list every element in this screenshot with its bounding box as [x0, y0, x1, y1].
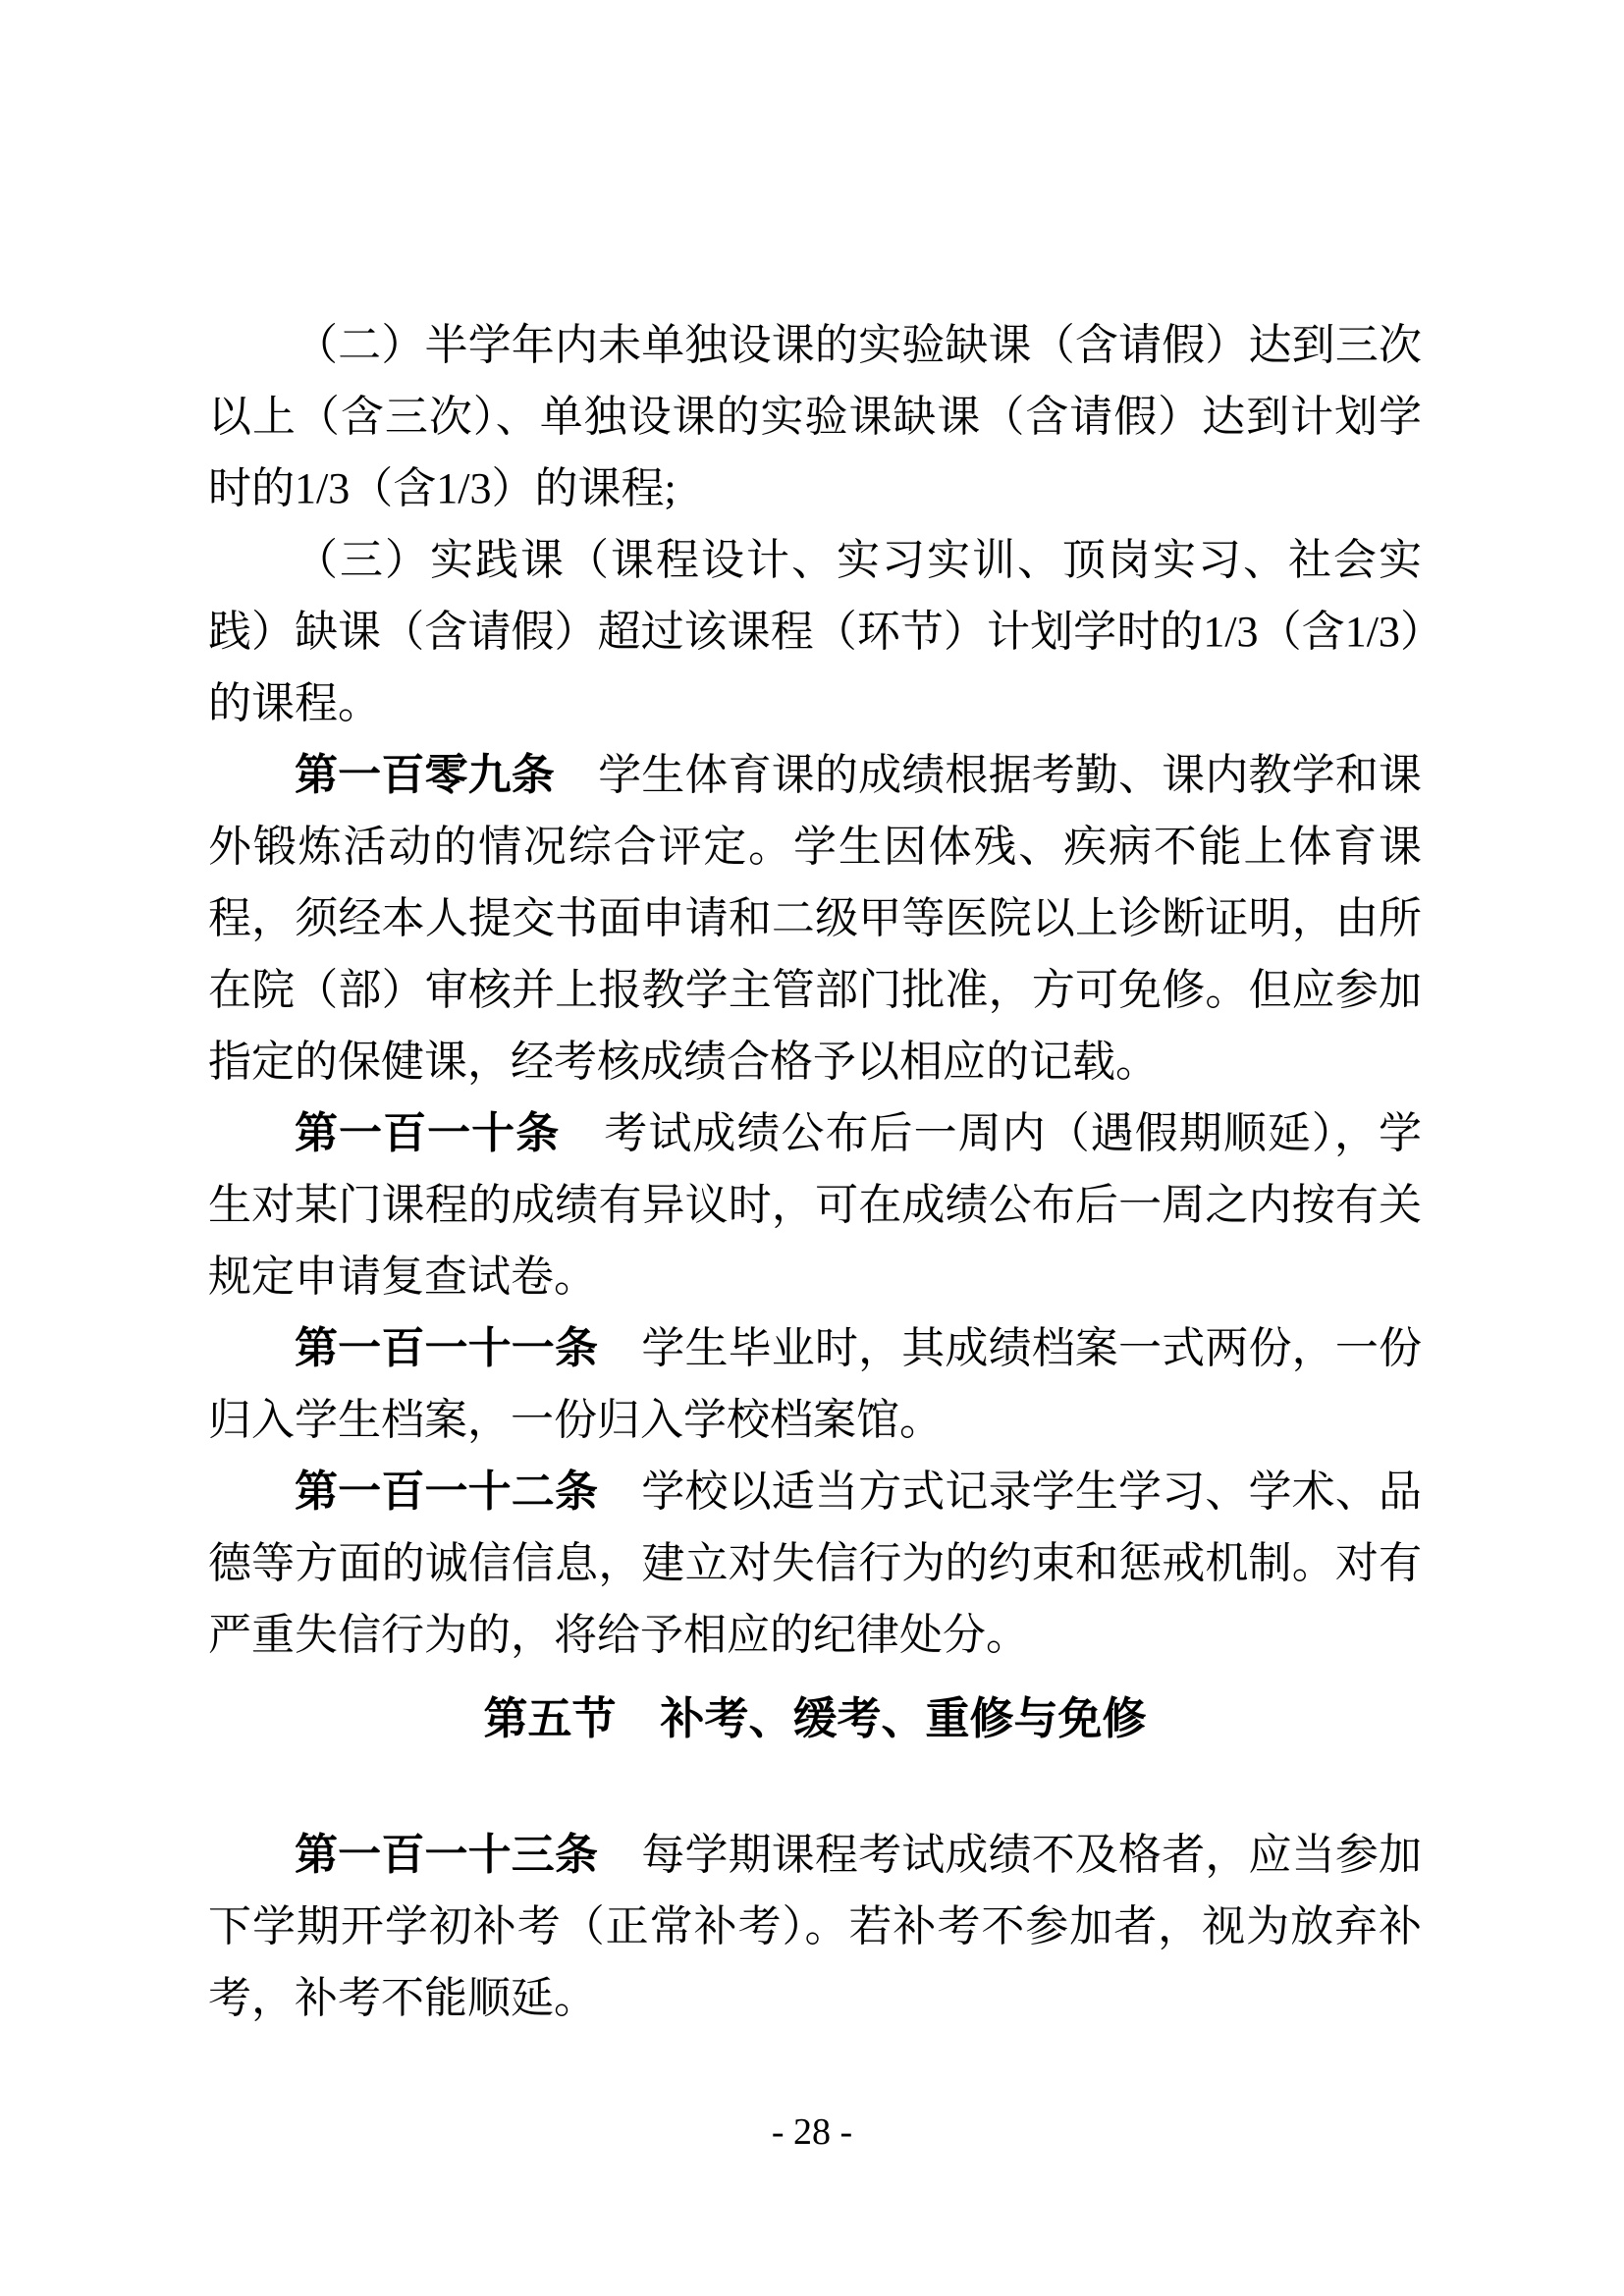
paragraph-article-111: 第一百一十一条 学生毕业时，其成绩档案一式两份，一份归入学生档案，一份归入学校档… — [208, 1312, 1422, 1456]
paragraph-text: （三）实践课（课程设计、实习实训、顶岗实习、社会实践）缺课（含请假）超过该课程（… — [208, 536, 1422, 727]
paragraph-clause-2: （二）半学年内未单独设课的实验缺课（含请假）达到三次以上（含三次）、单独设课的实… — [208, 309, 1422, 524]
article-number: 第一百一十一条 — [295, 1324, 598, 1372]
paragraph-article-109: 第一百零九条 学生体育课的成绩根据考勤、课内教学和课外锻炼活动的情况综合评定。学… — [208, 739, 1422, 1097]
paragraph-article-112: 第一百一十二条 学校以适当方式记录学生学习、学术、品德等方面的诚信信息，建立对失… — [208, 1456, 1422, 1671]
paragraph-article-113: 第一百一十三条 每学期课程考试成绩不及格者，应当参加下学期开学初补考（正常补考）… — [208, 1819, 1422, 2034]
section-heading: 第五节 补考、缓考、重修与免修 — [208, 1683, 1422, 1755]
document-body: （二）半学年内未单独设课的实验缺课（含请假）达到三次以上（含三次）、单独设课的实… — [208, 309, 1422, 2034]
paragraph-text: 学生体育课的成绩根据考勤、课内教学和课外锻炼活动的情况综合评定。学生因体残、疾病… — [208, 751, 1422, 1086]
article-number: 第一百一十条 — [295, 1109, 560, 1157]
article-number: 第一百一十二条 — [295, 1468, 598, 1516]
paragraph-clause-3: （三）实践课（课程设计、实习实训、顶岗实习、社会实践）缺课（含请假）超过该课程（… — [208, 524, 1422, 739]
paragraph-text: （二）半学年内未单独设课的实验缺课（含请假）达到三次以上（含三次）、单独设课的实… — [208, 321, 1422, 512]
article-number: 第一百一十三条 — [295, 1831, 598, 1879]
page-number: - 28 - — [0, 2110, 1624, 2154]
paragraph-article-110: 第一百一十条 考试成绩公布后一周内（遇假期顺延），学生对某门课程的成绩有异议时，… — [208, 1097, 1422, 1312]
article-number: 第一百零九条 — [295, 751, 555, 799]
document-page: （二）半学年内未单独设课的实验缺课（含请假）达到三次以上（含三次）、单独设课的实… — [0, 0, 1624, 2296]
